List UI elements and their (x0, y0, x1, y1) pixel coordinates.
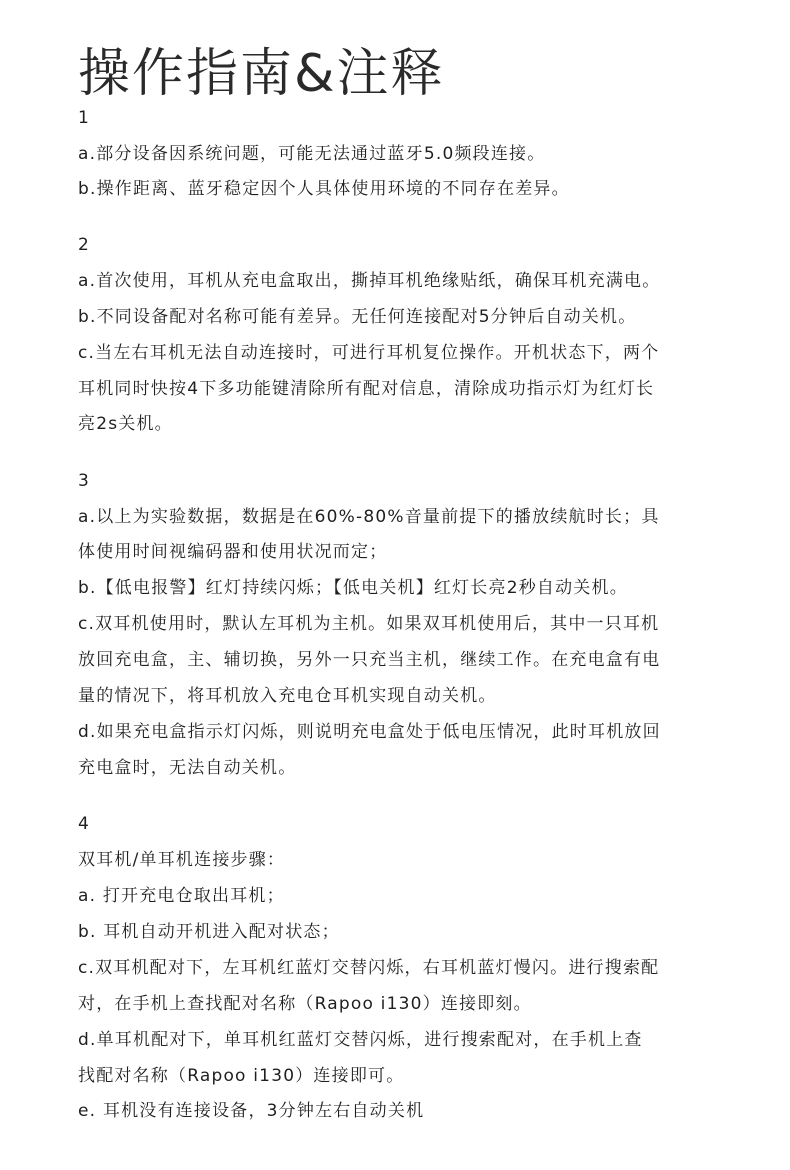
note-line: 量的情况下，将耳机放入充电仓耳机实现自动关机。 (78, 685, 497, 707)
note-line: a.部分设备因系统问题，可能无法通过蓝牙5.0频段连接。 (78, 143, 545, 165)
note-line: 耳机同时快按4下多功能键清除所有配对信息，清除成功指示灯为红灯长 (78, 378, 654, 400)
section-number: 4 (78, 813, 90, 835)
note-line: c.当左右耳机无法自动连接时，可进行耳机复位操作。开机状态下，两个 (78, 342, 659, 364)
note-line: 亮2s关机。 (78, 413, 173, 435)
note-line: d.如果充电盒指示灯闪烁，则说明充电盒处于低电压情况，此时耳机放回 (78, 721, 661, 743)
section-number: 2 (78, 234, 90, 256)
note-line: b. 耳机自动开机进入配对状态； (78, 921, 340, 943)
section-number: 3 (78, 470, 90, 492)
note-line: 找配对名称（Rapoo i130）连接即可。 (78, 1065, 404, 1087)
note-line: c.双耳机配对下，左耳机红蓝灯交替闪烁，右耳机蓝灯慢闪。进行搜索配 (78, 957, 659, 979)
note-line: 对，在手机上查找配对名称（Rapoo i130）连接即刻。 (78, 993, 532, 1015)
note-line: 放回充电盒，主、辅切换，另外一只充当主机，继续工作。在充电盒有电 (78, 649, 660, 671)
note-line: e. 耳机没有连接设备，3分钟左右自动关机 (78, 1100, 424, 1122)
page-title: 操作指南&注释 (78, 41, 445, 107)
section-number: 1 (78, 107, 90, 129)
note-line: a.首次使用，耳机从充电盒取出，撕掉耳机绝缘贴纸，确保耳机充满电。 (78, 270, 660, 292)
note-line: 双耳机/单耳机连接步骤： (78, 849, 285, 871)
note-line: b.不同设备配对名称可能有差异。无任何连接配对5分钟后自动关机。 (78, 306, 636, 328)
note-line: a.以上为实验数据，数据是在60%-80%音量前提下的播放续航时长；具 (78, 506, 660, 528)
note-line: 体使用时间视编码器和使用状况而定； (78, 541, 387, 563)
note-line: d.单耳机配对下，单耳机红蓝灯交替闪烁，进行搜索配对，在手机上查 (78, 1029, 643, 1051)
note-line: b.【低电报警】红灯持续闪烁；【低电关机】红灯长亮2秒自动关机。 (78, 577, 628, 599)
note-line: c.双耳机使用时，默认左耳机为主机。如果双耳机使用后，其中一只耳机 (78, 613, 659, 635)
note-line: b.操作距离、蓝牙稳定因个人具体使用环境的不同存在差异。 (78, 178, 570, 200)
note-line: 充电盒时，无法自动关机。 (78, 757, 296, 779)
note-line: a. 打开充电仓取出耳机； (78, 885, 285, 907)
